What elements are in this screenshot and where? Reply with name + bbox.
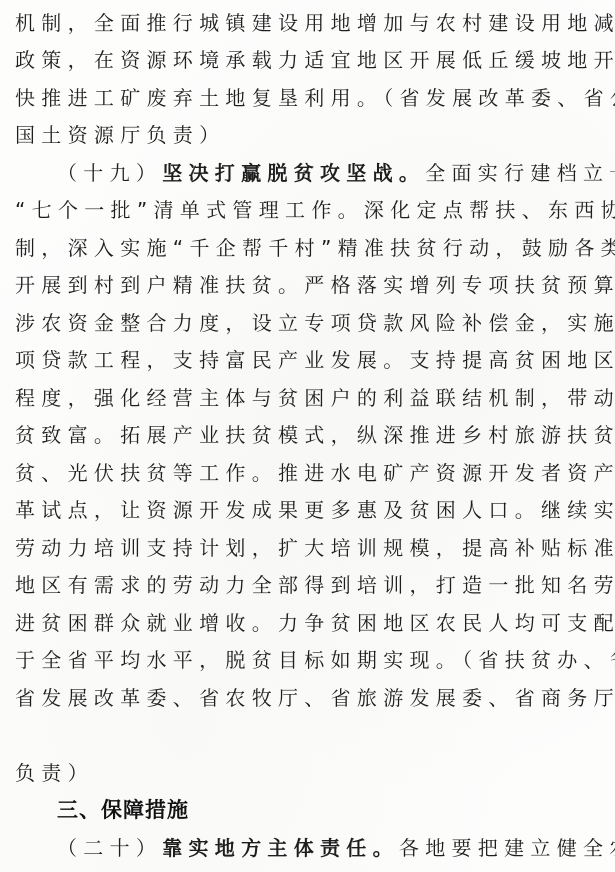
text-line: 贫、光伏扶贫等工作。推进水电矿产资源开发者资产收益扶贫改 <box>15 458 605 488</box>
paragraph-19-first-line: （十九）坚决打赢脱贫攻坚战。全面实行建档立卡贫困人口 <box>57 158 615 188</box>
text-line: 程度，强化经营主体与贫困户的利益联结机制，带动贫困群众脱 <box>15 383 605 413</box>
text-line: “七个一批”清单式管理工作。深化定点帮扶、东西协作帮扶机 <box>15 195 605 225</box>
section-heading: 三、保障措施 <box>57 795 189 825</box>
text-line: 于全省平均水平，脱贫目标如期实现。（省扶贫办、省财政厅、 <box>15 645 605 675</box>
text-line: 地区有需求的劳动力全部得到培训，打造一批知名劳务品牌，促 <box>15 570 605 600</box>
paragraph-text: 全面实行建档立卡贫困人口 <box>425 161 615 185</box>
item-number: （十九） <box>57 161 162 185</box>
text-line: 劳动力培训支持计划，扩大培训规模，提高补贴标准，实现贫困 <box>15 533 605 563</box>
item-number: （二十） <box>57 836 162 860</box>
text-line: 机制，全面推行城镇建设用地增加与农村建设用地减少相挂钩的 <box>15 8 605 38</box>
text-line: 政策，在资源环境承载力适宜地区开展低丘缓坡地开发试点。加 <box>15 45 605 75</box>
text-line: 省发展改革委、省农牧厅、省旅游发展委、省商务厅、省水利厅 <box>15 683 605 713</box>
scanned-document-page: 机制，全面推行城镇建设用地增加与农村建设用地减少相挂钩的 政策，在资源环境承载力… <box>0 0 615 872</box>
paragraph-heading: 坚决打赢脱贫攻坚战。 <box>162 161 425 185</box>
text-line: 开展到村到户精准扶贫。严格落实增列专项扶贫预算政策，加大 <box>15 270 605 300</box>
paragraph-20-first-line: （二十）靠实地方主体责任。各地要把建立健全农民增收的 <box>57 833 615 863</box>
paragraph-text: 各地要把建立健全农民增收的 <box>399 836 615 860</box>
text-line: 涉农资金整合力度，设立专项贷款风险补偿金，实施产业扶贫专 <box>15 308 605 338</box>
text-line: 国土资源厅负责） <box>15 120 605 150</box>
text-line: 贫致富。拓展产业扶贫模式，纵深推进乡村旅游扶贫、电商扶 <box>15 420 605 450</box>
text-line: 制，深入实施“千企帮千村”精准扶贫行动，鼓励各类社会组织 <box>15 233 605 263</box>
text-line: 快推进工矿废弃土地复垦利用。（省发展改革委、省公安厅、省 <box>15 83 605 113</box>
paragraph-heading: 靠实地方主体责任。 <box>162 836 399 860</box>
text-line: 负责） <box>15 758 605 788</box>
text-line: 项贷款工程，支持富民产业发展。支持提高贫困地区农业组织化 <box>15 345 605 375</box>
text-line: 进贫困群众就业增收。力争贫困地区农民人均可支配收入增幅高 <box>15 608 605 638</box>
text-line: 革试点，让资源开发成果更多惠及贫困人口。继续实施精准扶贫 <box>15 495 605 525</box>
